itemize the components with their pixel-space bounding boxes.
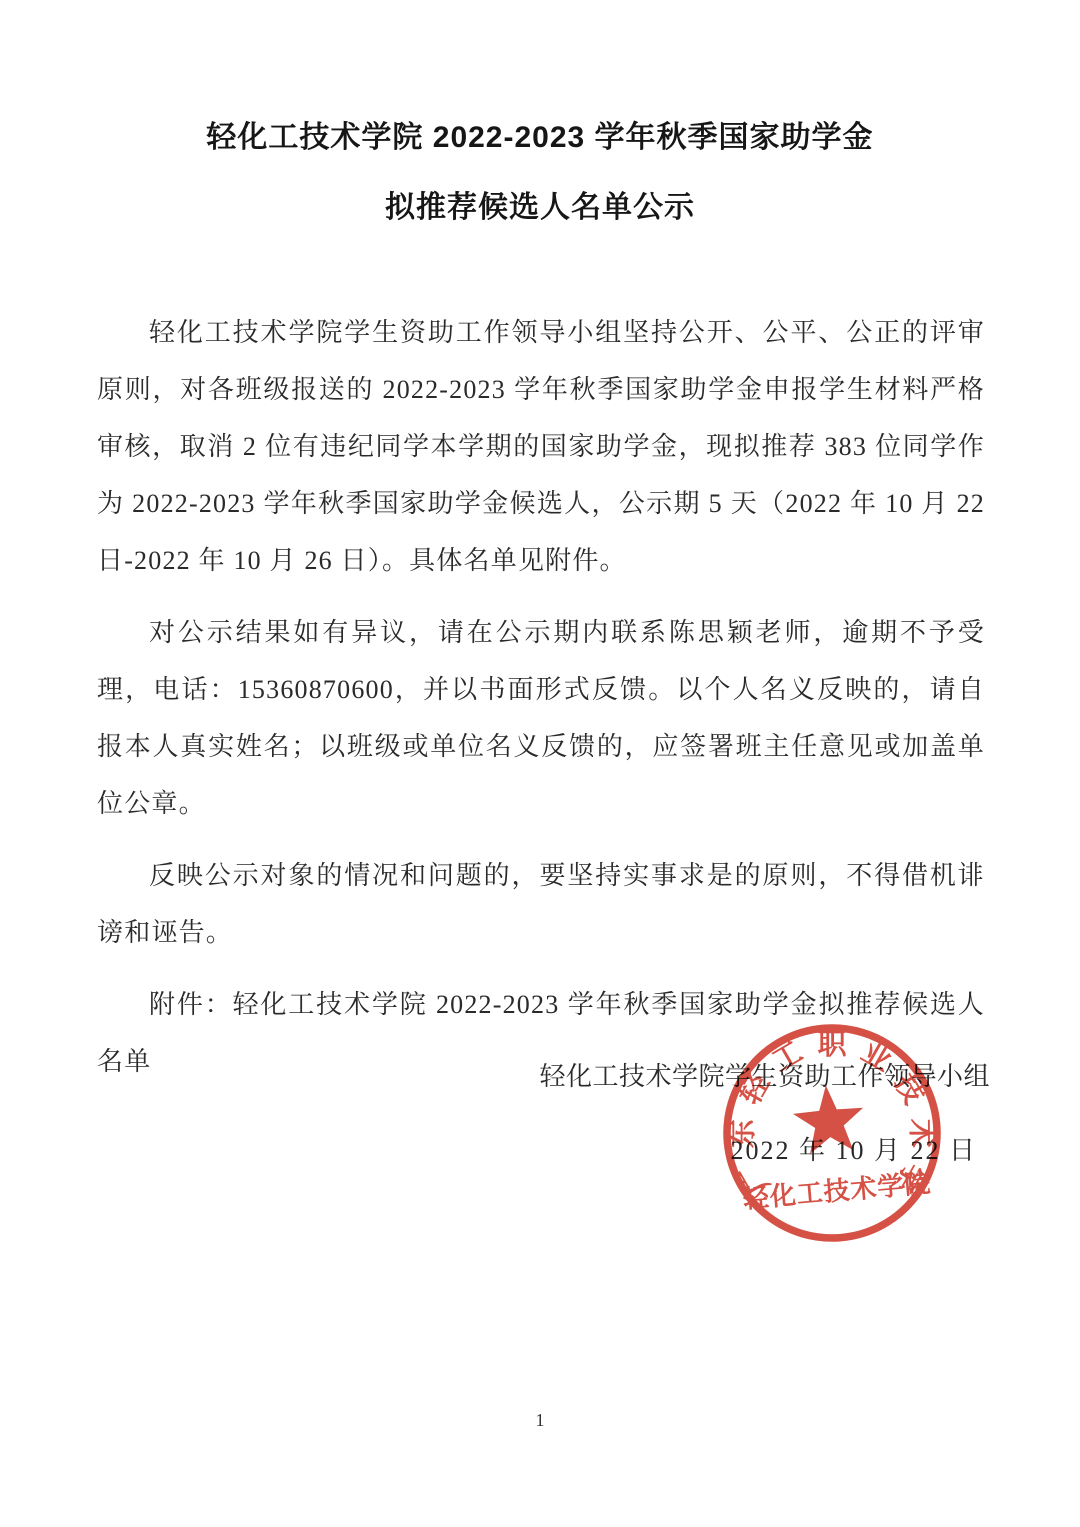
document-body: 轻化工技术学院学生资助工作领导小组坚持公开、公平、公正的评审原则，对各班级报送的…: [97, 304, 985, 1105]
paragraph-objection-contact: 对公示结果如有异议，请在公示期内联系陈思颖老师，逾期不予受理，电话：153608…: [97, 604, 985, 832]
title-line-2: 拟推荐候选人名单公示: [0, 173, 1080, 243]
signature-date: 2022 年 10 月 22 日: [730, 1130, 977, 1167]
page-number: 1: [0, 1410, 1080, 1431]
paragraph-review-principles: 轻化工技术学院学生资助工作领导小组坚持公开、公平、公正的评审原则，对各班级报送的…: [97, 304, 985, 589]
paragraph-truthfulness-notice: 反映公示对象的情况和问题的，要坚持实事求是的原则，不得借机诽谤和诬告。: [97, 847, 985, 961]
document-page: 轻化工技术学院 2022-2023 学年秋季国家助学金 拟推荐候选人名单公示 轻…: [0, 0, 1080, 1527]
signature-organization: 轻化工技术学院学生资助工作领导小组: [539, 1056, 990, 1093]
document-title: 轻化工技术学院 2022-2023 学年秋季国家助学金 拟推荐候选人名单公示: [0, 103, 1080, 243]
title-line-1: 轻化工技术学院 2022-2023 学年秋季国家助学金: [0, 103, 1080, 173]
seal-bottom-text: 轻化工技术学院: [741, 1168, 933, 1214]
